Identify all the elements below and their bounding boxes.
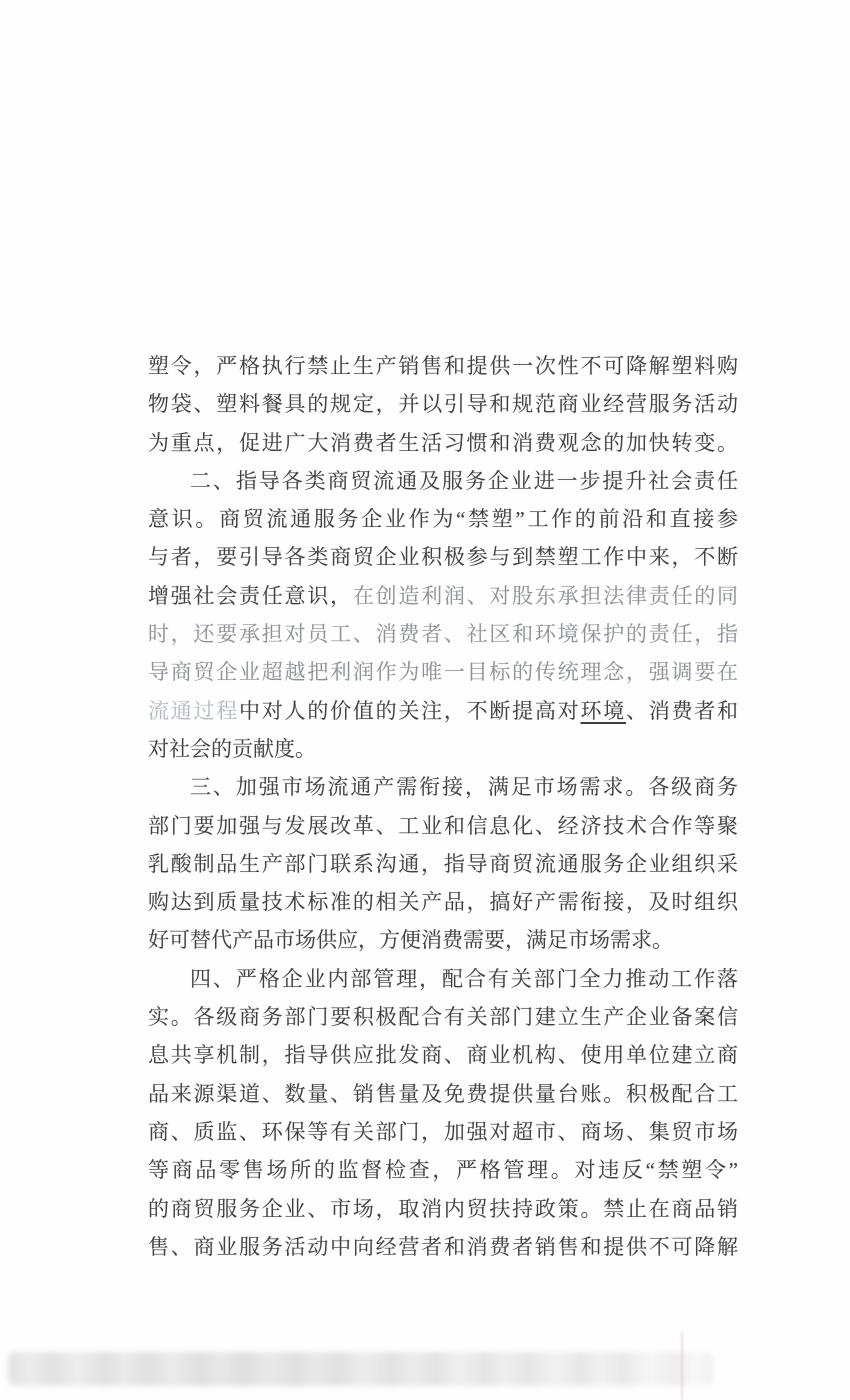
text-line: 时，还要承担对员工、消费者、社区和环境保护的责任，指 xyxy=(148,615,738,653)
text-line: 对社会的贡献度。 xyxy=(148,730,738,768)
text-segment: 的商贸服务企业、市场，取消内贸扶持政策。禁止在商品销 xyxy=(148,1197,738,1221)
scanned-document-page: 塑令，严格执行禁止生产销售和提供一次性不可降解塑料购物袋、塑料餐具的规定，并以引… xyxy=(0,0,850,1400)
text-line: 实。各级商务部门要积极配合有关部门建立生产企业备案信 xyxy=(148,998,738,1036)
text-segment: 息共享机制，指导供应批发商、商业机构、使用单位建立商 xyxy=(148,1043,738,1067)
text-line: 部门要加强与发展改革、工业和信息化、经济技术合作等聚 xyxy=(148,807,738,845)
text-line: 流通过程中对人的价值的关注，不断提高对环境、消费者和 xyxy=(148,692,738,730)
text-line: 购达到质量技术标准的相关产品，搞好产需衔接，及时组织 xyxy=(148,883,738,921)
text-line: 商、质监、环保等有关部门，加强对超市、商场、集贸市场 xyxy=(148,1113,738,1151)
text-line: 息共享机制，指导供应批发商、商业机构、使用单位建立商 xyxy=(148,1036,738,1074)
text-segment: 购达到质量技术标准的相关产品，搞好产需衔接，及时组织 xyxy=(148,890,738,914)
text-line: 增强社会责任意识，在创造利润、对股东承担法律责任的同 xyxy=(148,577,738,615)
scan-artifact-band xyxy=(8,1352,714,1386)
text-segment: 商、质监、环保等有关部门，加强对超市、商场、集贸市场 xyxy=(148,1120,738,1144)
text-segment: 等商品零售场所的监督检查，严格管理。对违反“禁塑令” xyxy=(148,1158,738,1182)
text-line: 物袋、塑料餐具的规定，并以引导和规范商业经营服务活动 xyxy=(148,385,738,423)
text-line: 与者，要引导各类商贸企业积极参与到禁塑工作中来，不断 xyxy=(148,538,738,576)
underlined-text: 环境 xyxy=(580,699,626,723)
text-line: 等商品零售场所的监督检查，严格管理。对违反“禁塑令” xyxy=(148,1151,738,1189)
text-line: 意识。商贸流通服务企业作为“禁塑”工作的前沿和直接参 xyxy=(148,500,738,538)
text-segment: 为重点，促进广大消费者生活习惯和消费观念的加快转变。 xyxy=(148,431,738,455)
text-segment: 增强社会责任意识， xyxy=(148,584,353,608)
text-line: 的商贸服务企业、市场，取消内贸扶持政策。禁止在商品销 xyxy=(148,1190,738,1228)
document-text-block: 塑令，严格执行禁止生产销售和提供一次性不可降解塑料购物袋、塑料餐具的规定，并以引… xyxy=(148,347,738,1266)
text-segment: 实。各级商务部门要积极配合有关部门建立生产企业备案信 xyxy=(148,1005,738,1029)
text-segment: 乳酸制品生产部门联系沟通，指导商贸流通服务企业组织采 xyxy=(148,852,738,876)
text-segment: 四、严格企业内部管理，配合有关部门全力推动工作落 xyxy=(190,967,738,991)
scan-artifact-line xyxy=(681,1332,683,1400)
text-line: 好可替代产品市场供应，方便消费需要，满足市场需求。 xyxy=(148,921,738,959)
text-line: 乳酸制品生产部门联系沟通，指导商贸流通服务企业组织采 xyxy=(148,845,738,883)
text-segment: 中对人的价值的关注，不断提高对 xyxy=(239,699,580,723)
text-line: 为重点，促进广大消费者生活习惯和消费观念的加快转变。 xyxy=(148,424,738,462)
text-segment: 售、商业服务活动中向经营者和消费者销售和提供不可降解 xyxy=(148,1235,738,1259)
text-segment: 好可替代产品市场供应，方便消费需要，满足市场需求。 xyxy=(148,928,673,952)
text-segment: 流通过程 xyxy=(148,699,239,723)
text-line: 售、商业服务活动中向经营者和消费者销售和提供不可降解 xyxy=(148,1228,738,1266)
text-line: 塑令，严格执行禁止生产销售和提供一次性不可降解塑料购 xyxy=(148,347,738,385)
text-line: 四、严格企业内部管理，配合有关部门全力推动工作落 xyxy=(148,960,738,998)
text-segment: 物袋、塑料餐具的规定，并以引导和规范商业经营服务活动 xyxy=(148,392,738,416)
text-segment: 在创造利润、对股东承担法律责任的同 xyxy=(353,584,738,608)
text-segment: 、消费者和 xyxy=(626,699,738,723)
text-line: 三、加强市场流通产需衔接，满足市场需求。各级商务 xyxy=(148,768,738,806)
text-segment: 对社会的贡献度。 xyxy=(148,737,316,761)
text-segment: 三、加强市场流通产需衔接，满足市场需求。各级商务 xyxy=(190,775,738,799)
text-segment: 二、指导各类商贸流通及服务企业进一步提升社会责任 xyxy=(190,469,738,493)
text-segment: 塑令，严格执行禁止生产销售和提供一次性不可降解塑料购 xyxy=(148,354,738,378)
text-line: 品来源渠道、数量、销售量及免费提供量台账。积极配合工 xyxy=(148,1075,738,1113)
text-line: 二、指导各类商贸流通及服务企业进一步提升社会责任 xyxy=(148,462,738,500)
text-segment: 与者，要引导各类商贸企业积极参与到禁塑工作中来，不断 xyxy=(148,545,738,569)
text-segment: 导商贸企业超越把利润作为唯一目标的传统理念，强调要在 xyxy=(148,660,738,684)
text-segment: 部门要加强与发展改革、工业和信息化、经济技术合作等聚 xyxy=(148,814,738,838)
text-segment: 品来源渠道、数量、销售量及免费提供量台账。积极配合工 xyxy=(148,1082,738,1106)
text-segment: 时，还要承担对员工、消费者、社区和环境保护的责任，指 xyxy=(148,622,738,646)
text-segment: 意识。商贸流通服务企业作为“禁塑”工作的前沿和直接参 xyxy=(148,507,738,531)
text-line: 导商贸企业超越把利润作为唯一目标的传统理念，强调要在 xyxy=(148,653,738,691)
